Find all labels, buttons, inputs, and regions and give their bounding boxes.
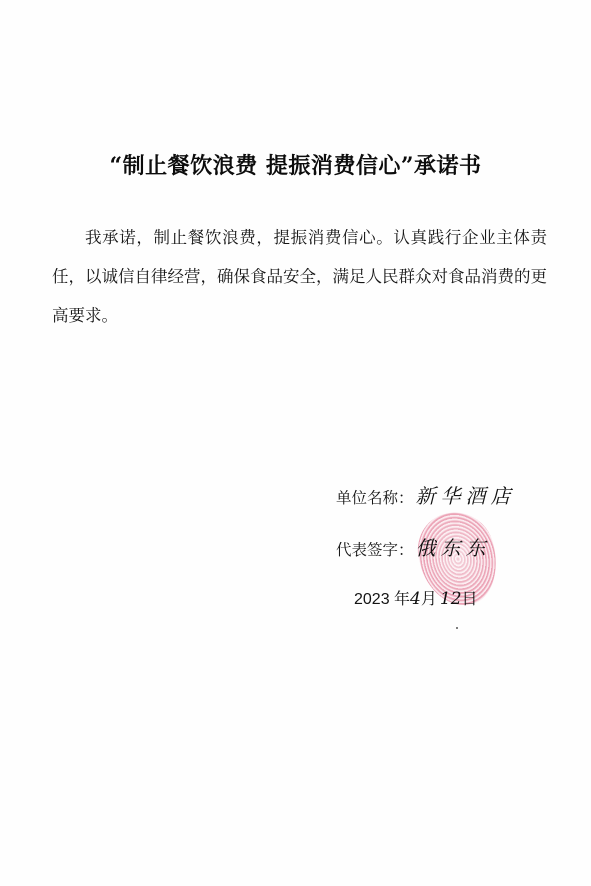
representative-signature: 俄东东 xyxy=(416,532,491,561)
unit-name-value: 新华酒店 xyxy=(416,480,516,509)
date-day: 12 xyxy=(440,589,462,609)
unit-name-row: 单位名称： 新华酒店 xyxy=(336,480,516,509)
date-row: 2023 年 4 月 12 日 xyxy=(354,586,478,609)
document-page: “制止餐饮浪费 提振消费信心”承诺书 我承诺，制止餐饮浪费，提振消费信心。认真践… xyxy=(0,0,591,886)
date-year: 2023 xyxy=(354,591,390,609)
representative-row: 代表签字： 俄东东 xyxy=(336,532,491,561)
date-month-suffix: 月 xyxy=(421,586,437,609)
unit-name-label: 单位名称： xyxy=(336,486,414,508)
commitment-body: 我承诺，制止餐饮浪费，提振消费信心。认真践行企业主体责任，以诚信自律经营，确保食… xyxy=(52,218,547,335)
date-day-suffix: 日 xyxy=(462,586,478,609)
document-title: “制止餐饮浪费 提振消费信心”承诺书 xyxy=(0,149,591,180)
paper-speck xyxy=(456,627,458,629)
date-month: 4 xyxy=(410,589,421,609)
representative-label: 代表签字： xyxy=(336,538,414,560)
date-year-suffix: 年 xyxy=(390,586,410,609)
